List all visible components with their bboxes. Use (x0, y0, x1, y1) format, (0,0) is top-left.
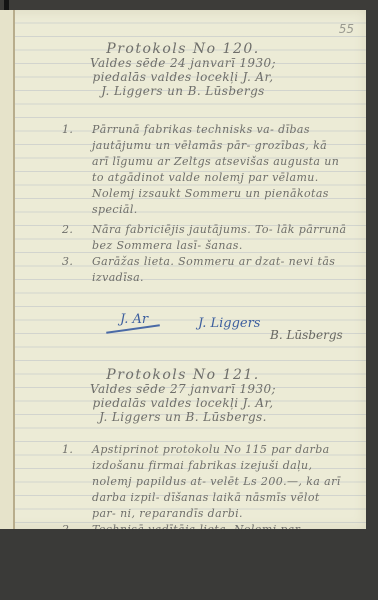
protocol-120-item-3: 3. Garāžas lieta. Sommeru ar dzat- nevi … (62, 254, 347, 286)
signature-3: B. Lūsbergs (270, 328, 343, 342)
item-text: Nāra fabriciējis jautājums. To- lāk pārr… (92, 223, 346, 252)
page-number: 55 (339, 22, 354, 36)
protocol-120-attendees-line-2: J. Liggers un B. Lūsbergs (0, 84, 366, 98)
protocol-121-item-1: 1. Apstiprinot protokolu No 115 par darb… (62, 442, 347, 522)
item-text: Garāžas lieta. Sommeru ar dzat- nevi tās… (92, 255, 335, 284)
scan-notch (4, 0, 9, 10)
protocol-121-date-line: Valdes sēde 27 janvarī 1930; (0, 382, 366, 396)
protocol-120-heading: Protokols No 120. Valdes sēde 24 janvarī… (0, 42, 366, 98)
protocol-121-attendees-line: piedalās valdes locekļi J. Ar, (0, 396, 366, 410)
protocol-120-title: Protokols No 120. (0, 42, 366, 56)
protocol-121-attendees-line-2: J. Liggers un B. Lūsbergs. (0, 410, 366, 424)
ledger-page: 55 Protokols No 120. Valdes sēde 24 janv… (0, 10, 366, 529)
signature-block: J. Ar J. Liggers B. Lūsbergs (120, 310, 360, 360)
protocol-121-title: Protokols No 121. (0, 368, 366, 382)
signature-2: J. Liggers (198, 316, 260, 331)
item-text: Pārrunā fabrikas technisks va- dības jau… (92, 123, 339, 216)
item-number: 1. (62, 442, 73, 458)
protocol-120-attendees-line: piedalās valdes locekļi J. Ar, (0, 70, 366, 84)
protocol-120-items: 1. Pārrunā fabrikas technisks va- dības … (62, 122, 347, 286)
item-number: 3. (62, 254, 73, 270)
item-number: 2. (62, 222, 73, 238)
scan-bottom-border (0, 529, 378, 600)
protocol-120-item-1: 1. Pārrunā fabrikas technisks va- dības … (62, 122, 347, 218)
item-text: Apstiprinot protokolu No 115 par darba i… (92, 443, 341, 520)
scan-top-border (0, 0, 378, 10)
item-number: 1. (62, 122, 73, 138)
signature-1: J. Ar (120, 312, 148, 327)
protocol-120-item-2: 2. Nāra fabriciējis jautājums. To- lāk p… (62, 222, 347, 254)
protocol-120-date-line: Valdes sēde 24 janvarī 1930; (0, 56, 366, 70)
protocol-121-heading: Protokols No 121. Valdes sēde 27 janvarī… (0, 368, 366, 424)
